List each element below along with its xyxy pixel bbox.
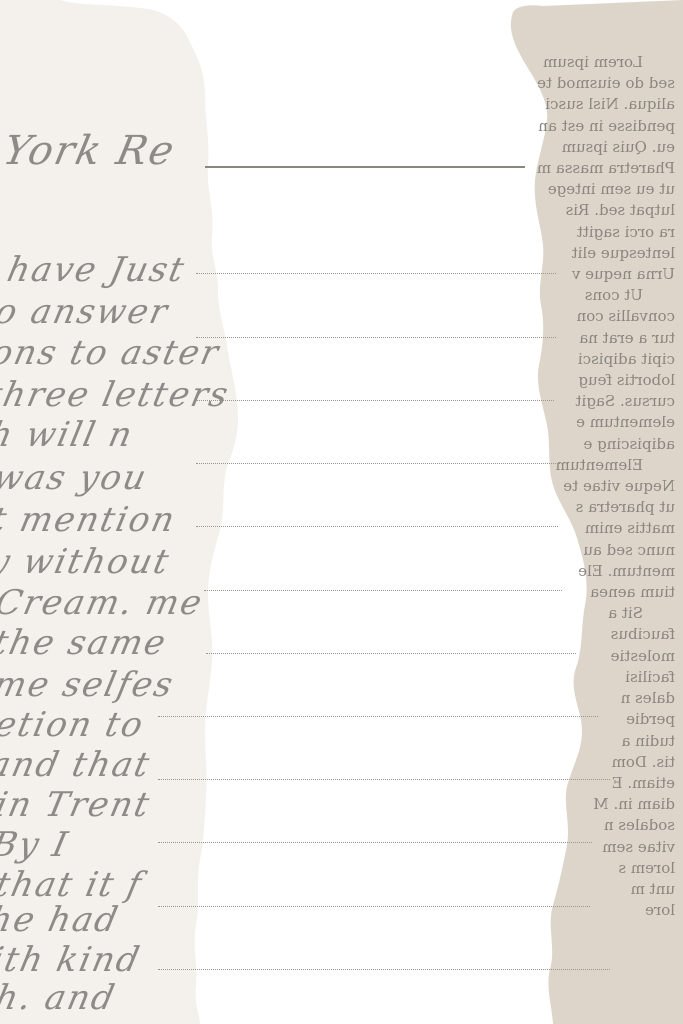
printed-line: mentum. Ele (508, 561, 683, 582)
printed-line: Neque vitae te (508, 476, 683, 497)
letter-line: etion to (0, 705, 148, 745)
letter-line: h will n (0, 415, 137, 455)
printed-line: tur a erat na (508, 328, 683, 349)
printed-line: sodales n (508, 815, 683, 836)
writing-rule (158, 779, 610, 780)
letter-line: the same (0, 623, 171, 663)
printed-line: Elementum (508, 455, 683, 476)
printed-line: Lorem ipsum (508, 52, 683, 73)
printed-line: eu. Quis ipsum (508, 137, 683, 158)
printed-line: mattis enim (508, 518, 683, 539)
letter-line: By I (0, 825, 73, 865)
printed-line: ra orci sagitt (508, 222, 683, 243)
writing-rule (158, 969, 610, 970)
printed-line: lorem s (508, 858, 683, 879)
letter-line: h. and (0, 978, 120, 1018)
letter-line: have Just (4, 250, 189, 290)
printed-line: sed do eiusmod te (508, 73, 683, 94)
printed-line: perdie (508, 709, 683, 730)
writing-rule (196, 400, 554, 401)
printed-line: cursus. Sagit (508, 391, 683, 412)
printed-line: vitae sem (508, 837, 683, 858)
printed-line: aliqua. Nisl susci (508, 94, 683, 115)
writing-rule (206, 653, 576, 654)
printed-line: pendisse in est an (508, 116, 683, 137)
printed-line: Ut cons (508, 285, 683, 306)
letter-line: y without (0, 542, 174, 582)
printed-line: ut pharetra s (508, 497, 683, 518)
printed-line: adipiscing e (508, 434, 683, 455)
printed-line: Sit a (508, 603, 683, 624)
printed-line: elementum e (508, 412, 683, 433)
printed-line: Pharetra massa m (508, 158, 683, 179)
letter-line: ons to aster (0, 333, 224, 373)
printed-line: nunc sed au (508, 540, 683, 561)
writing-rule (158, 906, 590, 907)
writing-rule (196, 526, 558, 527)
letter-line: t mention (0, 500, 180, 540)
printed-line: unt m (508, 879, 683, 900)
printed-line: Urna neque v (508, 264, 683, 285)
printed-line: convallis con (508, 306, 683, 327)
printed-line: lobortis feug (508, 370, 683, 391)
letter-salutation: York Re (0, 128, 180, 174)
writing-rule (158, 716, 598, 717)
writing-rule (196, 273, 556, 274)
letter-line: in Trent (0, 785, 154, 825)
printed-line: faucibus (508, 624, 683, 645)
printed-line: lore (508, 900, 683, 921)
letter-line: me selfes (0, 665, 178, 705)
printed-line: etiam. E (508, 773, 683, 794)
letter-line: ith kind (0, 940, 145, 980)
title-rule (205, 166, 525, 168)
printed-line: tium aenea (508, 582, 683, 603)
printed-text-area: Lorem ipsum sed do eiusmod te aliqua. Ni… (508, 0, 683, 1024)
letter-line: that it f (0, 865, 146, 905)
printed-line: tudin a (508, 731, 683, 752)
letter-line: was you (0, 458, 151, 498)
letter-line: and that (0, 745, 154, 785)
printed-line: lutpat sed. Ris (508, 200, 683, 221)
letter-line: he had (0, 900, 123, 940)
printed-line: diam in. M (508, 794, 683, 815)
writing-rule (158, 842, 592, 843)
printed-line: ut eu sem intege (508, 179, 683, 200)
printed-line: cipit adipisci (508, 349, 683, 370)
handwritten-text-area: York Re have Just o answer ons to aster … (0, 0, 240, 1024)
writing-rule (204, 590, 562, 591)
printed-line: molestie (508, 646, 683, 667)
letter-line: Cream. me (0, 583, 207, 623)
writing-rule (196, 337, 556, 338)
printed-line: facilisi (508, 667, 683, 688)
letter-line: o answer (0, 292, 173, 332)
printed-line: tis. Dom (508, 752, 683, 773)
letter-line: three letters (0, 375, 233, 415)
printed-line: dales n (508, 688, 683, 709)
printed-line: lentesque elit (508, 243, 683, 264)
writing-rule (196, 463, 562, 464)
